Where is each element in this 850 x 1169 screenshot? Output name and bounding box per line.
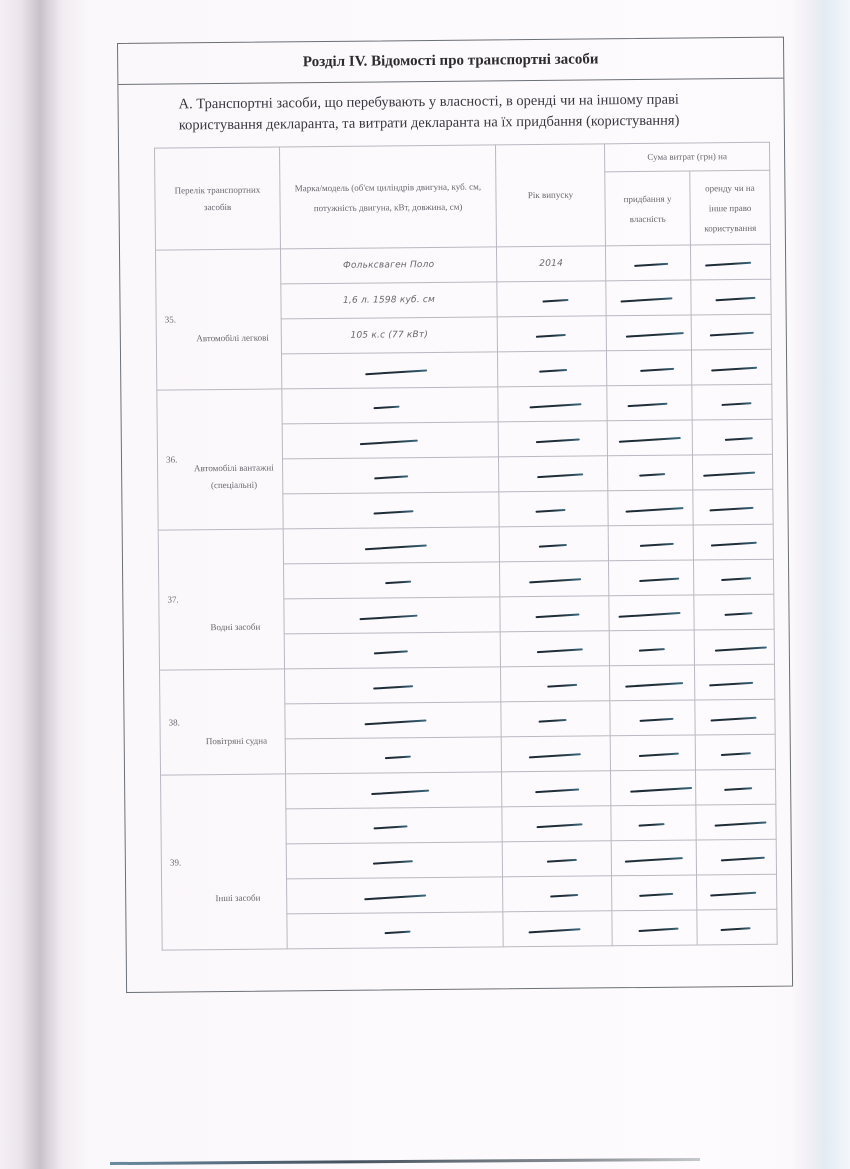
cell-purchase — [606, 280, 691, 316]
handwritten-dash — [639, 577, 679, 581]
scanned-page: Розділ IV. Відомості про транспортні зас… — [0, 0, 850, 1169]
cell-year — [502, 806, 611, 842]
cell-year — [502, 771, 611, 807]
cell-rent — [691, 279, 771, 315]
cell-rent — [697, 874, 777, 910]
cell-year — [503, 911, 612, 947]
table-row: 38.Повітряні судна — [160, 664, 775, 705]
table-row: 35.Автомобілі легковіФольксваген Поло201… — [155, 244, 770, 285]
handwritten-dash — [638, 928, 678, 932]
handwritten-dash — [627, 403, 667, 407]
handwritten-dash — [539, 719, 567, 722]
handwritten-year: 2014 — [539, 258, 563, 268]
cell-rent — [693, 489, 773, 525]
handwritten-dash — [724, 787, 752, 790]
cell-rent — [690, 244, 770, 280]
handwritten-dash — [638, 648, 664, 651]
cell-year — [498, 421, 607, 457]
cell-purchase — [612, 875, 697, 911]
handwritten-dash — [625, 507, 683, 512]
handwritten-dash — [705, 262, 751, 266]
category-number: 39. — [161, 775, 191, 950]
handwritten-dash — [539, 369, 567, 372]
handwritten-dash — [625, 332, 683, 337]
subtitle-text: Транспортні засоби, що перебувають у вла… — [179, 92, 680, 134]
cell-rent — [696, 839, 776, 875]
handwritten-dash — [639, 473, 665, 476]
cell-model — [286, 842, 502, 879]
handwritten-dash — [536, 613, 580, 617]
table-row: 39.Інші засоби — [161, 769, 776, 810]
header-sum-group: Сума витрат (грн) на — [604, 142, 769, 172]
handwritten-dash — [721, 402, 751, 405]
handwritten-dash — [373, 406, 399, 409]
handwritten-dash — [539, 544, 567, 547]
cell-rent — [692, 384, 772, 420]
handwritten-dash — [374, 650, 408, 654]
handwritten-dash — [710, 717, 756, 721]
handwritten-dash — [385, 930, 411, 933]
handwritten-dash — [550, 894, 578, 897]
handwritten-dash — [638, 753, 678, 757]
cell-purchase — [607, 420, 692, 456]
cell-purchase — [609, 630, 694, 666]
cell-purchase — [608, 560, 693, 596]
page-bottom-edge — [110, 1158, 700, 1165]
handwritten-dash — [639, 718, 673, 722]
handwritten-dash — [536, 334, 566, 337]
category-number: 36. — [157, 390, 186, 530]
cell-model: 105 к.с (77 кВт) — [281, 317, 497, 354]
cell-model — [283, 492, 499, 529]
handwritten-dash — [721, 577, 751, 580]
cell-rent — [694, 594, 774, 630]
handwritten-dash — [710, 542, 756, 546]
cell-year: 2014 — [496, 246, 605, 282]
header-purchase: придбання у власність — [605, 171, 691, 246]
handwritten-dash — [385, 755, 411, 758]
handwritten-model: 105 к.с (77 кВт) — [350, 330, 428, 341]
handwritten-dash — [537, 473, 583, 477]
handwritten-dash — [385, 580, 411, 583]
cell-purchase — [606, 350, 691, 386]
category-label: Водні засоби — [186, 529, 284, 670]
cell-purchase — [608, 525, 693, 561]
handwritten-dash — [547, 684, 577, 687]
handwritten-dash — [703, 471, 755, 476]
handwritten-dash — [542, 299, 568, 302]
section-title: Розділ IV. Відомості про транспортні зас… — [118, 38, 783, 85]
handwritten-dash — [529, 753, 581, 758]
cell-purchase — [609, 595, 694, 631]
cell-purchase — [606, 315, 691, 351]
form-frame: Розділ IV. Відомості про транспортні зас… — [117, 37, 793, 993]
handwritten-dash — [624, 857, 682, 862]
handwritten-dash — [639, 893, 673, 897]
cell-year — [501, 666, 610, 702]
handwritten-dash — [625, 682, 683, 687]
header-rent: оренду чи на інше право користування — [690, 170, 771, 245]
category-number: 38. — [160, 670, 189, 775]
category-label: Інші засоби — [189, 774, 288, 950]
cell-model — [284, 597, 500, 634]
handwritten-dash — [374, 825, 408, 829]
category-number: 35. — [155, 250, 184, 390]
handwritten-dash — [714, 821, 766, 826]
cell-model — [282, 422, 498, 459]
handwritten-dash — [371, 789, 429, 794]
section-subtitle: А. Транспортні засоби, що перебувають у … — [178, 89, 753, 137]
cell-model — [285, 702, 501, 739]
cell-year — [501, 701, 610, 737]
cell-purchase — [610, 700, 695, 736]
handwritten-dash — [373, 685, 413, 689]
handwritten-dash — [715, 297, 755, 301]
handwritten-dash — [530, 403, 582, 408]
handwritten-dash — [529, 578, 581, 583]
cell-model — [282, 387, 498, 424]
handwritten-model: 1,6 л. 1598 куб. см — [343, 294, 435, 305]
handwritten-dash — [710, 892, 756, 896]
cell-year — [499, 526, 608, 562]
handwritten-dash — [709, 332, 753, 336]
cell-purchase — [610, 665, 695, 701]
cell-rent — [695, 699, 775, 735]
handwritten-dash — [620, 297, 672, 302]
handwritten-dash — [529, 928, 581, 933]
cell-model — [286, 772, 502, 809]
handwritten-dash — [638, 823, 664, 826]
handwritten-dash — [535, 509, 565, 512]
cell-year — [502, 841, 611, 877]
header-model: Марка/модель (об'єм циліндрів двигуна, к… — [280, 145, 497, 249]
handwritten-dash — [537, 823, 583, 827]
header-year: Рік випуску — [495, 144, 605, 247]
handwritten-dash — [374, 475, 408, 479]
cell-purchase — [607, 385, 692, 421]
handwritten-dash — [547, 859, 577, 862]
category-label: Автомобілі вантажні (спеціальні) — [185, 389, 283, 530]
handwritten-dash — [360, 615, 418, 620]
table-row: 36.Автомобілі вантажні (спеціальні) — [157, 384, 772, 425]
table-row: 37.Водні засоби — [158, 524, 773, 565]
cell-purchase — [605, 245, 690, 281]
handwritten-dash — [365, 369, 427, 374]
handwritten-dash — [365, 544, 427, 549]
cell-year — [501, 736, 610, 772]
cell-model: 1,6 л. 1598 куб. см — [281, 282, 497, 319]
handwritten-dash — [709, 682, 753, 686]
cell-rent — [697, 909, 777, 945]
cell-purchase — [607, 455, 692, 491]
handwritten-dash — [720, 752, 750, 755]
cell-rent — [691, 349, 771, 385]
cell-model — [287, 877, 503, 914]
handwritten-model: Фольксваген Поло — [343, 259, 434, 270]
handwritten-dash — [640, 368, 674, 372]
cell-model: Фольксваген Поло — [280, 247, 496, 284]
cell-rent — [695, 734, 775, 770]
cell-model — [287, 912, 503, 949]
handwritten-dash — [537, 648, 583, 652]
cell-rent — [692, 419, 772, 455]
handwritten-dash — [374, 510, 414, 514]
handwritten-dash — [709, 507, 753, 511]
handwritten-dash — [365, 719, 427, 724]
cell-model — [284, 562, 500, 599]
handwritten-dash — [714, 646, 766, 651]
cell-purchase — [608, 490, 693, 526]
cell-model — [281, 352, 497, 389]
cell-model — [284, 632, 500, 669]
cell-year — [497, 281, 606, 317]
table-body: 35.Автомобілі легковіФольксваген Поло201… — [155, 244, 777, 950]
cell-rent — [696, 769, 776, 805]
header-list: Перелік транспортних засобів — [155, 147, 281, 250]
cell-rent — [693, 524, 773, 560]
cell-model — [283, 527, 499, 564]
cell-year — [503, 876, 612, 912]
handwritten-dash — [711, 367, 757, 371]
cell-rent — [693, 559, 773, 595]
handwritten-dash — [364, 894, 426, 899]
cell-model — [283, 457, 499, 494]
handwritten-dash — [536, 438, 580, 442]
cell-year — [497, 316, 606, 352]
cell-purchase — [611, 840, 696, 876]
handwritten-dash — [720, 927, 750, 930]
cell-purchase — [612, 910, 697, 946]
cell-rent — [694, 664, 774, 700]
cell-year — [500, 631, 609, 667]
handwritten-dash — [724, 612, 752, 615]
handwritten-dash — [630, 787, 692, 792]
subtitle-letter: А. — [179, 96, 193, 112]
cell-year — [498, 456, 607, 492]
cell-year — [498, 386, 607, 422]
category-number: 37. — [158, 530, 187, 670]
cell-rent — [692, 454, 772, 490]
cell-year — [497, 351, 606, 387]
category-label: Автомобілі легкові — [183, 249, 281, 390]
cell-model — [285, 667, 501, 704]
handwritten-dash — [720, 857, 764, 861]
cell-purchase — [611, 805, 696, 841]
cell-year — [500, 596, 609, 632]
handwritten-dash — [618, 437, 680, 442]
cell-purchase — [611, 770, 696, 806]
cell-rent — [694, 629, 774, 665]
cell-year — [499, 491, 608, 527]
handwritten-dash — [535, 788, 579, 792]
handwritten-dash — [639, 543, 673, 547]
handwritten-dash — [360, 440, 418, 445]
vehicles-table: Перелік транспортних засобів Марка/модел… — [154, 142, 778, 951]
handwritten-dash — [634, 263, 668, 267]
cell-year — [499, 561, 608, 597]
handwritten-dash — [618, 612, 680, 617]
handwritten-dash — [724, 437, 752, 440]
cell-model — [285, 737, 501, 774]
cell-rent — [696, 804, 776, 840]
cell-purchase — [610, 735, 695, 771]
category-label: Повітряні судна — [188, 669, 286, 775]
cell-rent — [691, 314, 771, 350]
handwritten-dash — [373, 860, 413, 864]
cell-model — [286, 807, 502, 844]
